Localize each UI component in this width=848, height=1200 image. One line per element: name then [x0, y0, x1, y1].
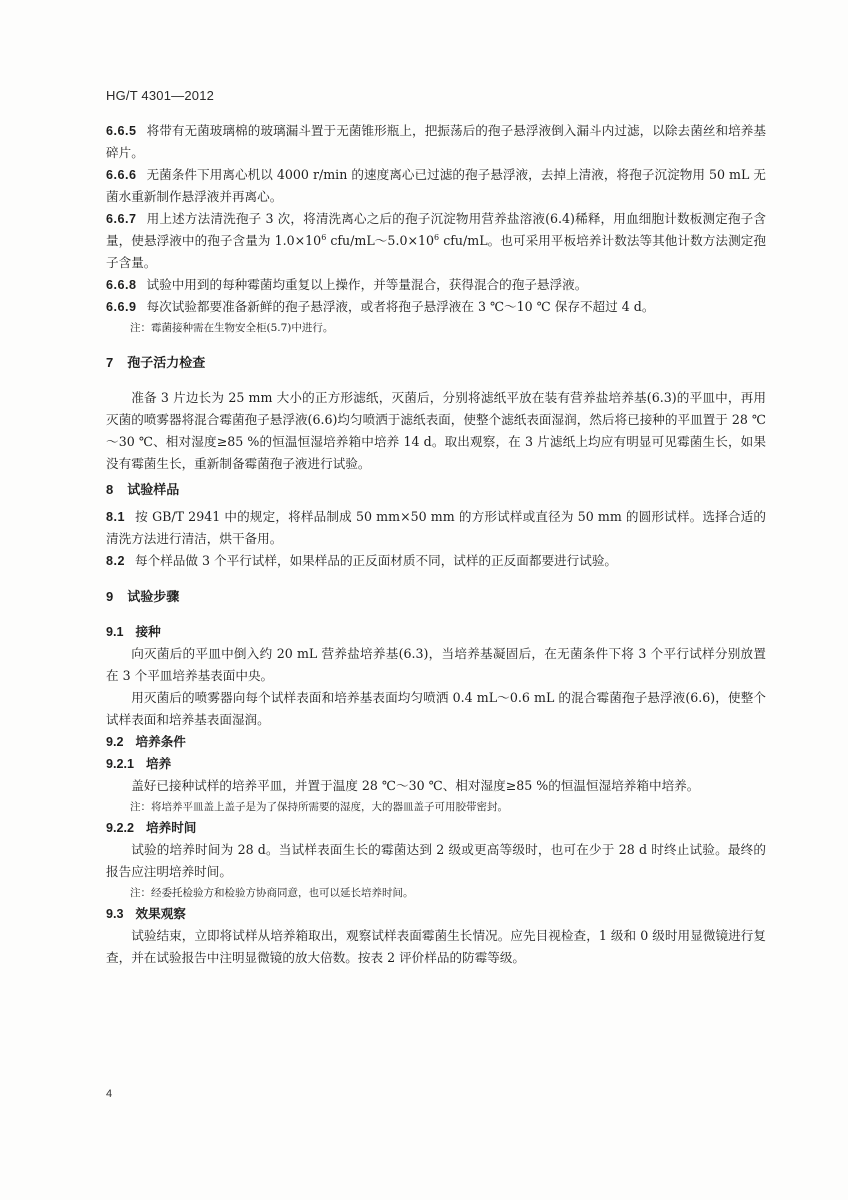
clause-6-6-6: 6.6.6无菌条件下用离心机以 4000 r/min 的速度离心已过滤的孢子悬浮… — [106, 164, 766, 208]
section-title: 培养时间 — [146, 820, 196, 835]
clause-number: 6.6.7 — [106, 212, 137, 226]
note-biosafety: 注：霉菌接种需在生物安全柜(5.7)中进行。 — [106, 318, 766, 338]
clause-number: 6.6.8 — [106, 278, 137, 292]
paragraph-spore-viability: 准备 3 片边长为 25 mm 大小的正方形滤纸，灭菌后，分别将滤纸平放在装有营… — [106, 387, 766, 475]
heading-9-2-1: 9.2.1培养 — [106, 753, 766, 775]
section-title: 效果观察 — [136, 906, 186, 921]
clause-number: 6.6.5 — [106, 124, 137, 138]
heading-9-2-2: 9.2.2培养时间 — [106, 817, 766, 839]
heading-9-2: 9.2培养条件 — [106, 731, 766, 753]
clause-8-2: 8.2每个样品做 3 个平行试样，如果样品的正反面材质不同，试样的正反面都要进行… — [106, 550, 766, 572]
standard-code-header: HG/T 4301—2012 — [106, 88, 214, 103]
clause-text: 试验中用到的每种霉菌均重复以上操作，并等量混合，获得混合的孢子悬浮液。 — [147, 277, 588, 292]
heading-section-7: 7孢子活力检查 — [106, 352, 766, 375]
paragraph-inoculation-2: 用灭菌后的喷雾器向每个试样表面和培养基表面均匀喷洒 0.4 mL～0.6 mL … — [106, 687, 766, 731]
clause-text: cfu/mL～5.0×10 — [326, 233, 434, 248]
clause-text: 每个样品做 3 个平行试样，如果样品的正反面材质不同，试样的正反面都要进行试验。 — [135, 553, 617, 568]
heading-9-3: 9.3效果观察 — [106, 903, 766, 925]
paragraph-cultivation-time: 试验的培养时间为 28 d。当试样表面生长的霉菌达到 2 级或更高等级时，也可在… — [106, 839, 766, 883]
paragraph-observation: 试验结束，立即将试样从培养箱取出，观察试样表面霉菌生长情况。应先目视检查，1 级… — [106, 925, 766, 969]
section-title: 试验步骤 — [127, 590, 179, 605]
clause-8-1: 8.1按 GB/T 2941 中的规定，将样品制成 50 mm×50 mm 的方… — [106, 506, 766, 550]
clause-number: 6.6.9 — [106, 300, 137, 314]
section-title: 培养 — [146, 756, 171, 771]
clause-number: 8.2 — [106, 554, 125, 568]
clause-text: 每次试验都要准备新鲜的孢子悬浮液，或者将孢子悬浮液在 3 ℃～10 ℃ 保存不超… — [147, 299, 655, 314]
paragraph-inoculation-1: 向灭菌后的平皿中倒入约 20 mL 营养盐培养基(6.3)，当培养基凝固后，在无… — [106, 643, 766, 687]
paragraph-cultivation: 盖好已接种试样的培养平皿，并置于温度 28 ℃～30 ℃、相对湿度≥85 %的恒… — [106, 775, 766, 797]
section-number: 9 — [106, 589, 113, 604]
note-extension: 注：经委托检验方和检验方协商同意，也可以延长培养时间。 — [106, 883, 766, 903]
heading-section-8: 8试验样品 — [106, 479, 766, 502]
heading-section-9: 9试验步骤 — [106, 586, 766, 609]
clause-number: 6.6.6 — [106, 168, 137, 182]
clause-6-6-8: 6.6.8试验中用到的每种霉菌均重复以上操作，并等量混合，获得混合的孢子悬浮液。 — [106, 274, 766, 296]
heading-9-1: 9.1接种 — [106, 621, 766, 643]
document-body: 6.6.5将带有无菌玻璃棉的玻璃漏斗置于无菌锥形瓶上，把振荡后的孢子悬浮液倒入漏… — [106, 120, 766, 969]
section-title: 试验样品 — [127, 483, 179, 498]
section-number: 9.2.2 — [106, 821, 134, 835]
section-number: 9.3 — [106, 907, 124, 921]
section-number: 9.1 — [106, 625, 124, 639]
clause-text: 无菌条件下用离心机以 4000 r/min 的速度离心已过滤的孢子悬浮液，去掉上… — [106, 167, 766, 204]
section-number: 7 — [106, 355, 113, 370]
section-number: 9.2 — [106, 735, 124, 749]
clause-6-6-9: 6.6.9每次试验都要准备新鲜的孢子悬浮液，或者将孢子悬浮液在 3 ℃～10 ℃… — [106, 296, 766, 318]
section-number: 8 — [106, 482, 113, 497]
note-humidity: 注：将培养平皿盖上盖子是为了保持所需要的湿度，大的器皿盖子可用胶带密封。 — [106, 797, 766, 817]
clause-6-6-5: 6.6.5将带有无菌玻璃棉的玻璃漏斗置于无菌锥形瓶上，把振荡后的孢子悬浮液倒入漏… — [106, 120, 766, 164]
clause-number: 8.1 — [106, 510, 125, 524]
section-title: 培养条件 — [136, 734, 186, 749]
clause-text: 将带有无菌玻璃棉的玻璃漏斗置于无菌锥形瓶上，把振荡后的孢子悬浮液倒入漏斗内过滤，… — [106, 123, 766, 160]
section-title: 接种 — [136, 624, 161, 639]
page-number: 4 — [106, 1088, 112, 1100]
clause-6-6-7: 6.6.7用上述方法清洗孢子 3 次，将清洗离心之后的孢子沉淀物用营养盐溶液(6… — [106, 208, 766, 274]
section-number: 9.2.1 — [106, 757, 134, 771]
clause-text: 按 GB/T 2941 中的规定，将样品制成 50 mm×50 mm 的方形试样… — [106, 509, 766, 546]
section-title: 孢子活力检查 — [127, 356, 205, 371]
